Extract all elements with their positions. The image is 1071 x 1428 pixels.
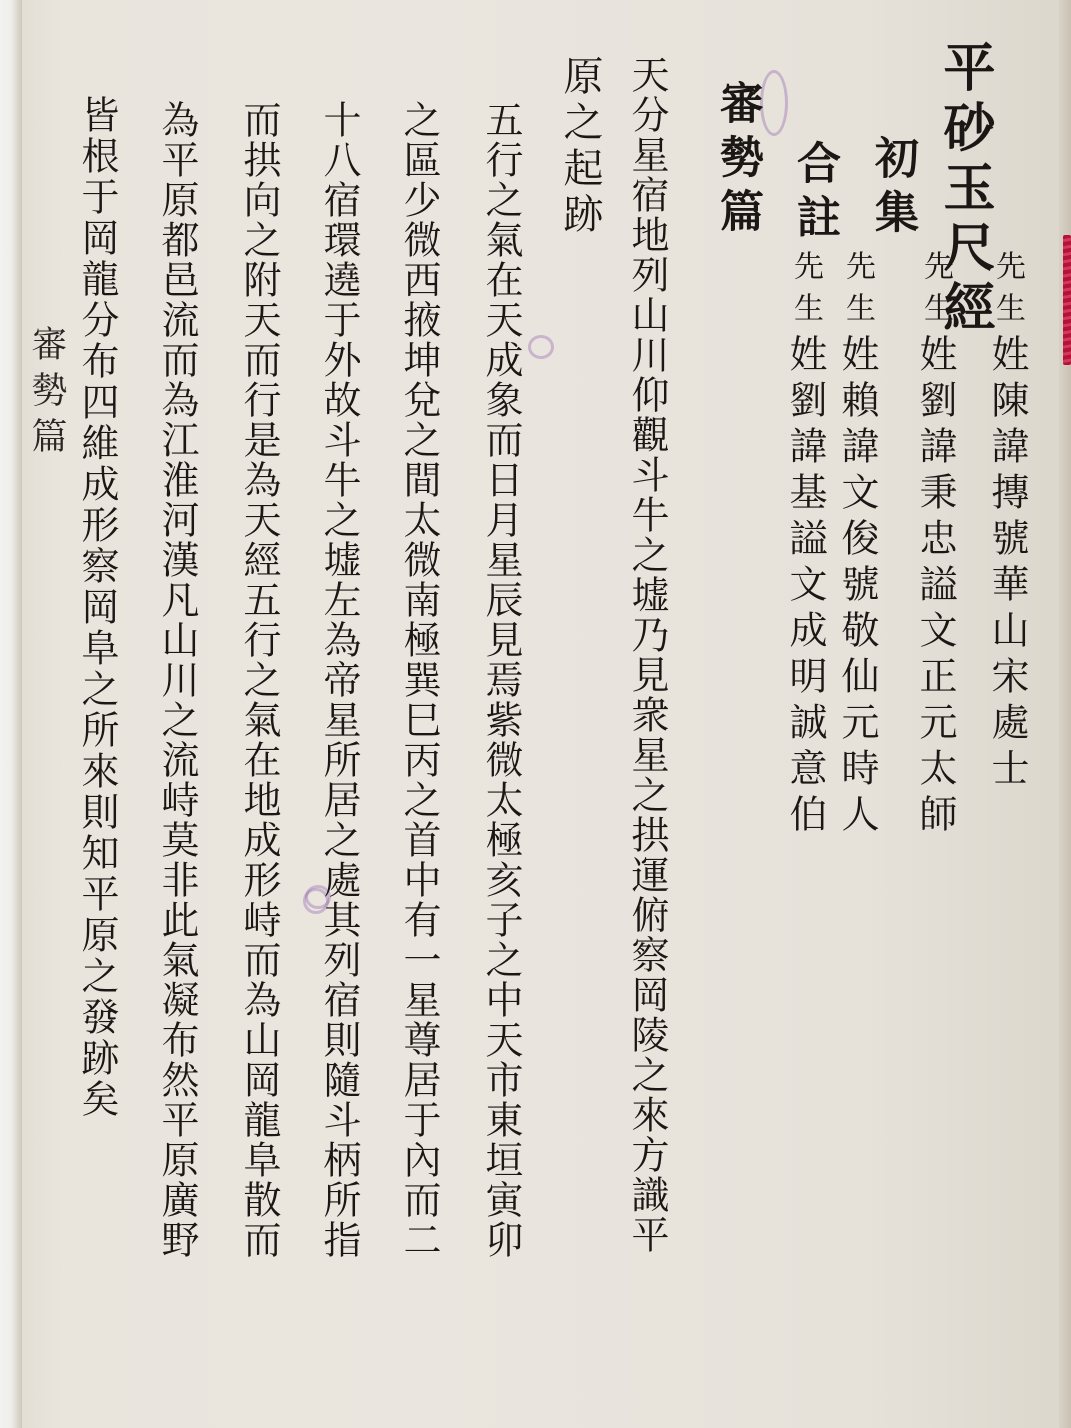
page-left-edge bbox=[0, 0, 22, 1428]
attribution-prefix: 先生 bbox=[840, 250, 875, 334]
body-column-3: 十八宿環遶于外故斗牛之墟左為帝星所居之處其列宿則隨斗柄所指 bbox=[320, 100, 358, 1260]
attribution-3: 先生姓賴諱文俊號敬仙元時人 bbox=[838, 250, 876, 840]
collection-label-1: 初集 bbox=[870, 135, 914, 243]
section-heading-line-1: 天分星宿地列山川仰觀斗牛之墟乃見衆星之拱運俯察岡陵之來方識平 bbox=[628, 55, 666, 1255]
section-heading-line-2: 原之起跡 bbox=[560, 55, 600, 239]
margin-chapter-label: 審勢篇 bbox=[28, 325, 64, 463]
chapter-heading: 審勢篇 bbox=[715, 80, 759, 242]
attribution-text: 姓賴諱文俊號敬仙元時人 bbox=[835, 334, 879, 840]
attribution-prefix: 先生 bbox=[990, 250, 1025, 334]
page-right-edge bbox=[1059, 0, 1071, 1428]
body-column-6: 皆根于岡龍分布四維成形察岡阜之所來則知平原之發跡矣 bbox=[78, 95, 116, 1120]
body-column-2: 之區少微西掖坤兌之間太微南極巽巳丙之首中有一星尊居于內而二 bbox=[400, 100, 438, 1260]
attribution-text: 姓陳諱摶號華山宋處士 bbox=[985, 334, 1029, 794]
body-column-5: 為平原都邑流而為江淮河漢凡山川之流峙莫非此氣凝布然平原廣野 bbox=[158, 100, 196, 1260]
seal-stamp bbox=[760, 70, 788, 136]
manuscript-page: 平砂玉尺經 先生姓陳諱摶號華山宋處士 初集 先生姓劉諱秉忠謚文正元太師 合註 先… bbox=[0, 0, 1071, 1428]
seal-stamp bbox=[528, 335, 554, 359]
body-column-1: 五行之氣在天成象而日月星辰見焉紫微太極亥子之中天市東垣寅卯 bbox=[482, 100, 520, 1260]
attribution-4: 先生姓劉諱基謚文成明誠意伯 bbox=[786, 250, 824, 840]
attribution-2: 先生姓劉諱秉忠謚文正元太師 bbox=[916, 250, 954, 840]
attribution-text: 姓劉諱秉忠謚文正元太師 bbox=[913, 334, 957, 840]
body-column-4: 而拱向之附天而行是為天經五行之氣在地成形峙而為山岡龍阜散而 bbox=[240, 100, 278, 1260]
attribution-1: 先生姓陳諱摶號華山宋處士 bbox=[988, 250, 1026, 794]
collection-label-2: 合註 bbox=[792, 140, 836, 248]
binding-ribbon bbox=[1063, 235, 1071, 365]
attribution-prefix: 先生 bbox=[788, 250, 823, 334]
attribution-text: 姓劉諱基謚文成明誠意伯 bbox=[783, 334, 827, 840]
attribution-prefix: 先生 bbox=[918, 250, 953, 334]
